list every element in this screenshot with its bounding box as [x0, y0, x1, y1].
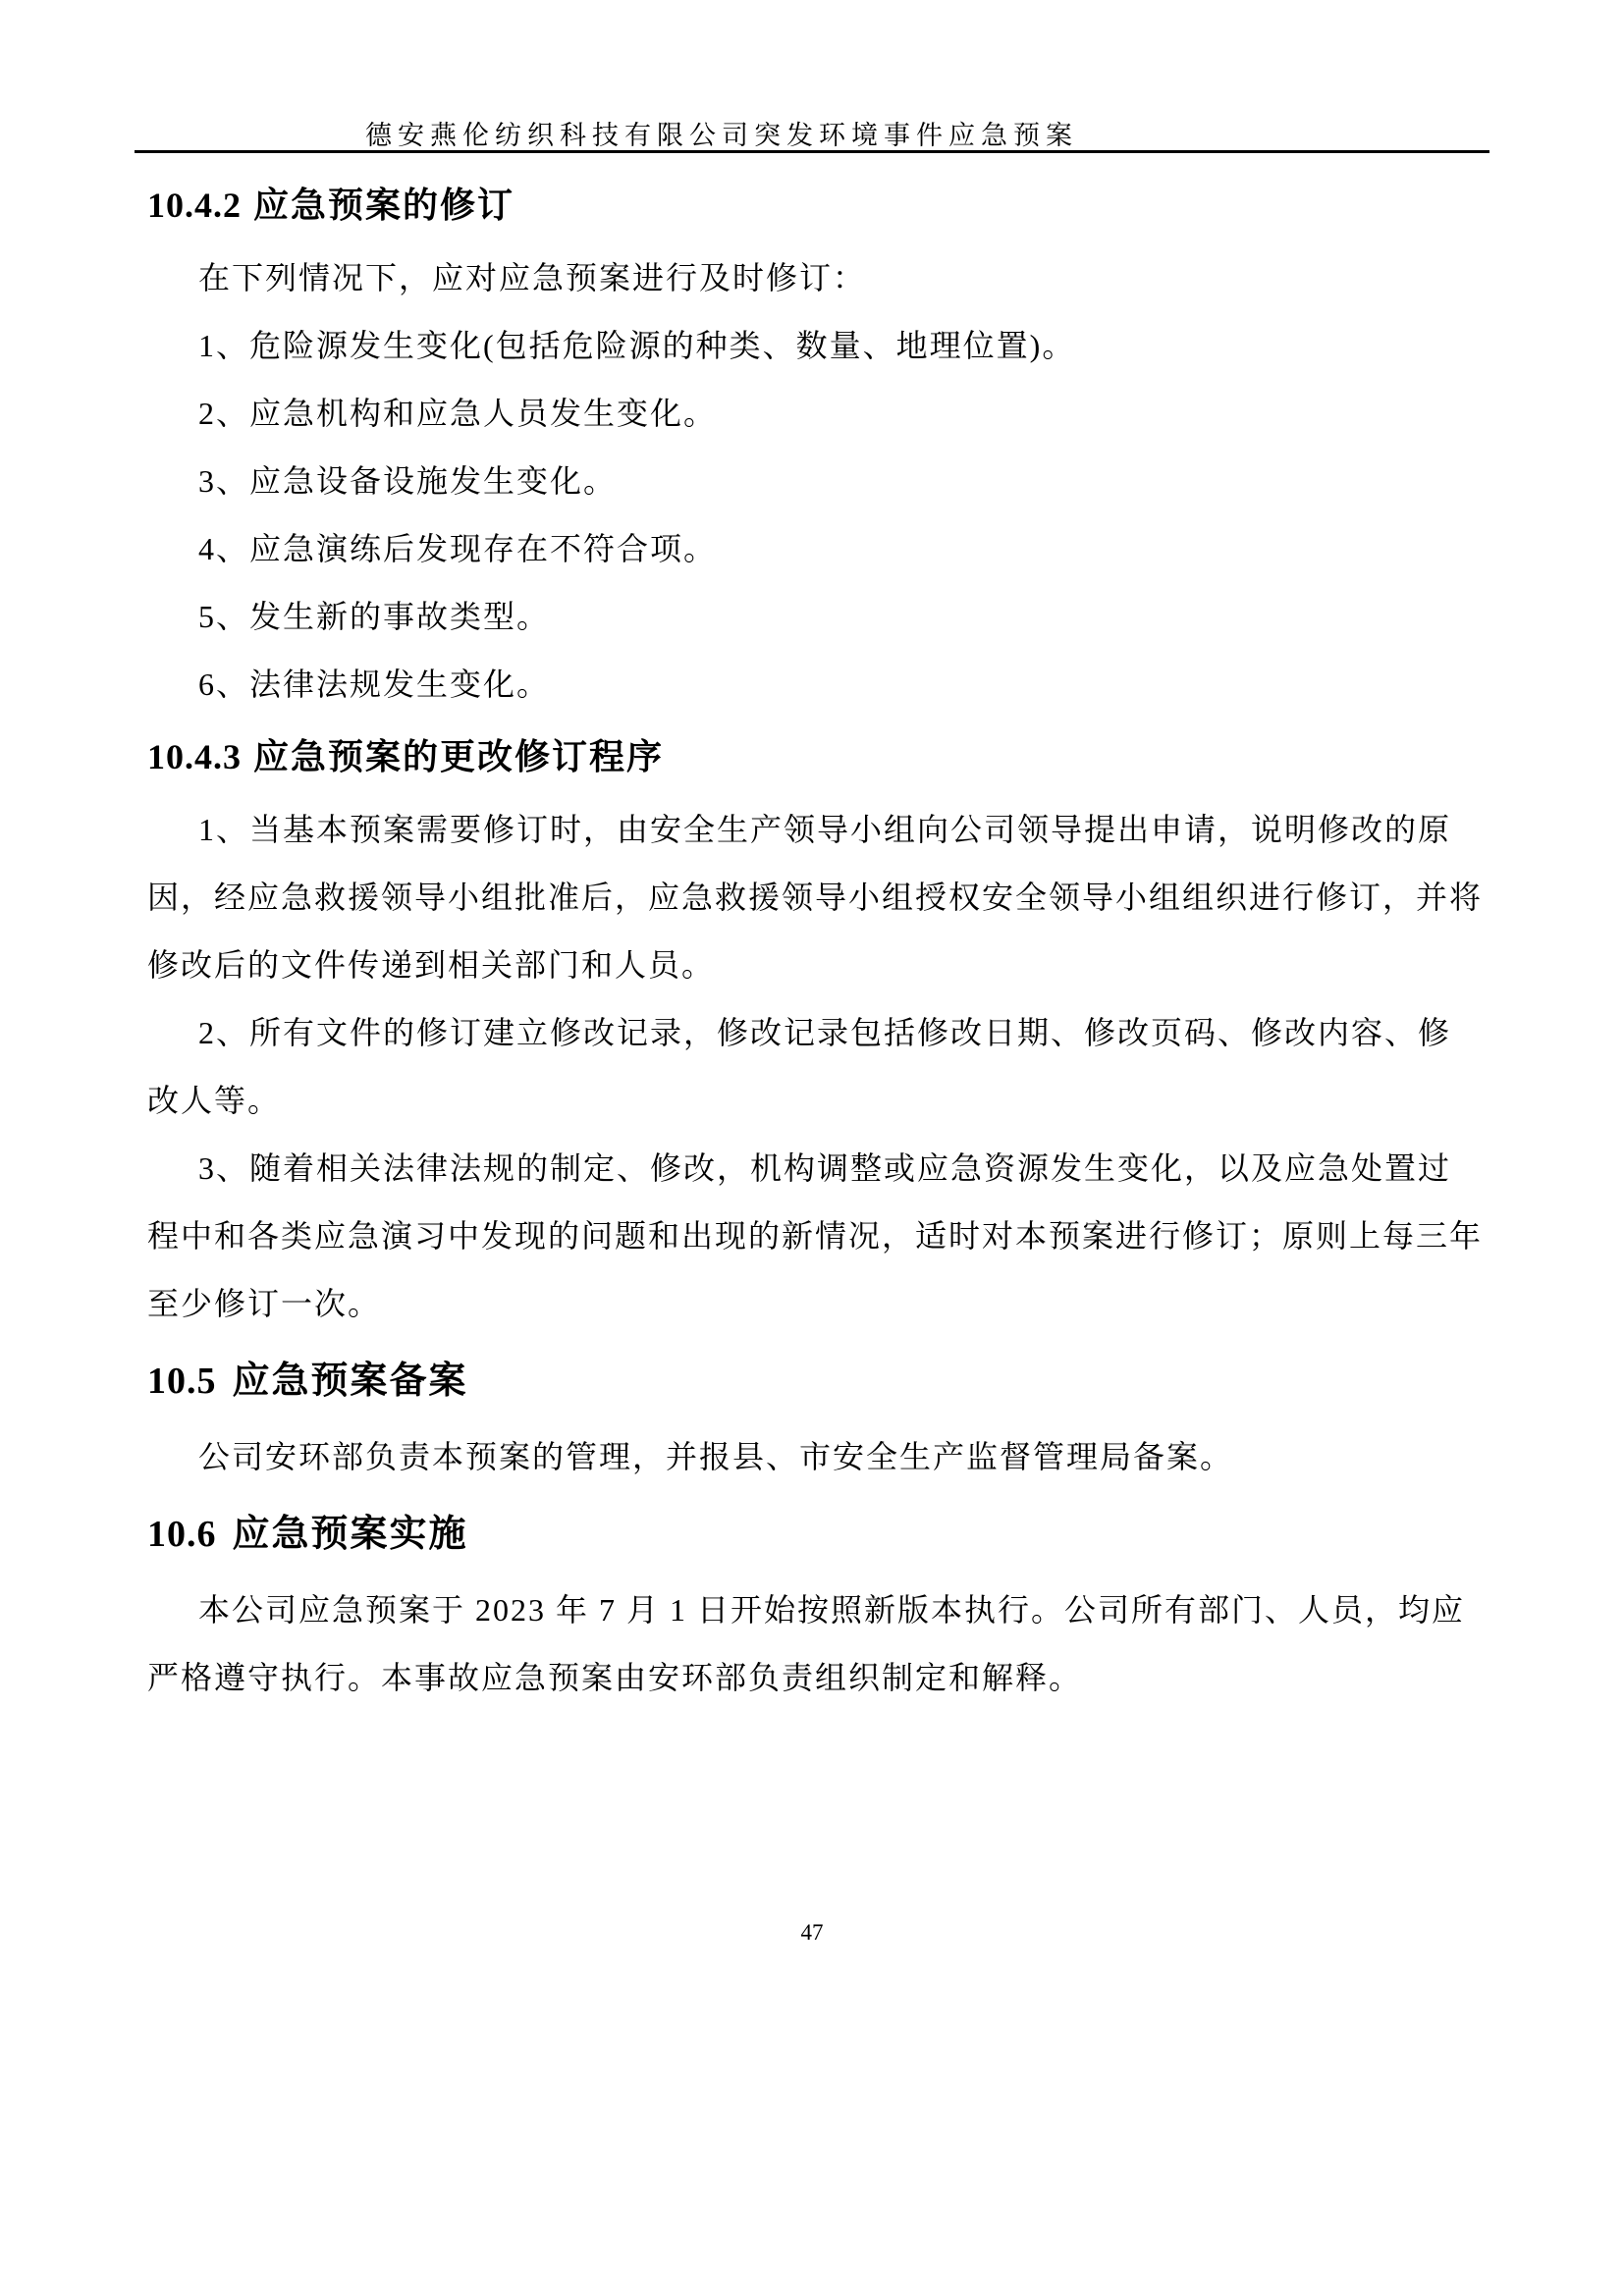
list-item: 5、发生新的事故类型。: [147, 583, 1499, 651]
section-number: 10.4.3: [147, 737, 242, 776]
paragraph-line: 本公司应急预案于 2023 年 7 月 1 日开始按照新版本执行。公司所有部门、…: [147, 1576, 1499, 1644]
section-number: 10.4.2: [147, 186, 242, 225]
paragraph-line: 程中和各类应急演习中发现的问题和出现的新情况，适时对本预案进行修订；原则上每三年: [147, 1202, 1499, 1270]
running-header-title: 德安燕伦纺织科技有限公司突发环境事件应急预案: [133, 114, 1311, 152]
paragraph-line: 修改后的文件传递到相关部门和人员。: [147, 932, 1499, 999]
section-title: 应急预案的修订: [253, 186, 514, 226]
section-heading-10-5: 10.5应急预案备案: [147, 1338, 1499, 1423]
section-title: 应急预案备案: [233, 1359, 468, 1402]
list-item: 2、应急机构和应急人员发生变化。: [147, 380, 1499, 448]
paragraph-line: 在下列情况下，应对应急预案进行及时修订：: [147, 244, 1499, 312]
paragraph-line: 严格遵守执行。本事故应急预案由安环部负责组织制定和解释。: [147, 1644, 1499, 1712]
section-heading-10-4-2: 10.4.2应急预案的修订: [147, 167, 1499, 244]
section-number: 10.5: [147, 1361, 217, 1402]
paragraph-line: 1、当基本预案需要修订时，由安全生产领导小组向公司领导提出申请，说明修改的原: [147, 796, 1499, 864]
list-item: 4、应急演练后发现存在不符合项。: [147, 515, 1499, 583]
page-number: 47: [0, 1920, 1624, 1946]
list-item: 6、法律法规发生变化。: [147, 651, 1499, 719]
document-page: 德安燕伦纺织科技有限公司突发环境事件应急预案 10.4.2应急预案的修订 在下列…: [0, 0, 1624, 2296]
paragraph-line: 至少修订一次。: [147, 1270, 1499, 1338]
paragraph-line: 公司安环部负责本预案的管理，并报县、市安全生产监督管理局备案。: [147, 1423, 1499, 1491]
list-item: 1、危险源发生变化(包括危险源的种类、数量、地理位置)。: [147, 312, 1499, 380]
list-item: 3、应急设备设施发生变化。: [147, 448, 1499, 515]
paragraph-line: 因，经应急救援领导小组批准后，应急救援领导小组授权安全领导小组组织进行修订，并将: [147, 864, 1499, 932]
paragraph-line: 2、所有文件的修订建立修改记录，修改记录包括修改日期、修改页码、修改内容、修: [147, 999, 1499, 1067]
section-heading-10-4-3: 10.4.3应急预案的更改修订程序: [147, 719, 1499, 796]
document-content: 10.4.2应急预案的修订 在下列情况下，应对应急预案进行及时修订： 1、危险源…: [147, 167, 1499, 1712]
paragraph-line: 3、随着相关法律法规的制定、修改，机构调整或应急资源发生变化，以及应急处置过: [147, 1135, 1499, 1202]
section-title: 应急预案实施: [233, 1512, 468, 1555]
section-heading-10-6: 10.6应急预案实施: [147, 1491, 1499, 1576]
section-title: 应急预案的更改修订程序: [253, 737, 664, 777]
paragraph-line: 改人等。: [147, 1067, 1499, 1135]
header-rule-divider: [135, 150, 1489, 153]
section-number: 10.6: [147, 1514, 217, 1555]
